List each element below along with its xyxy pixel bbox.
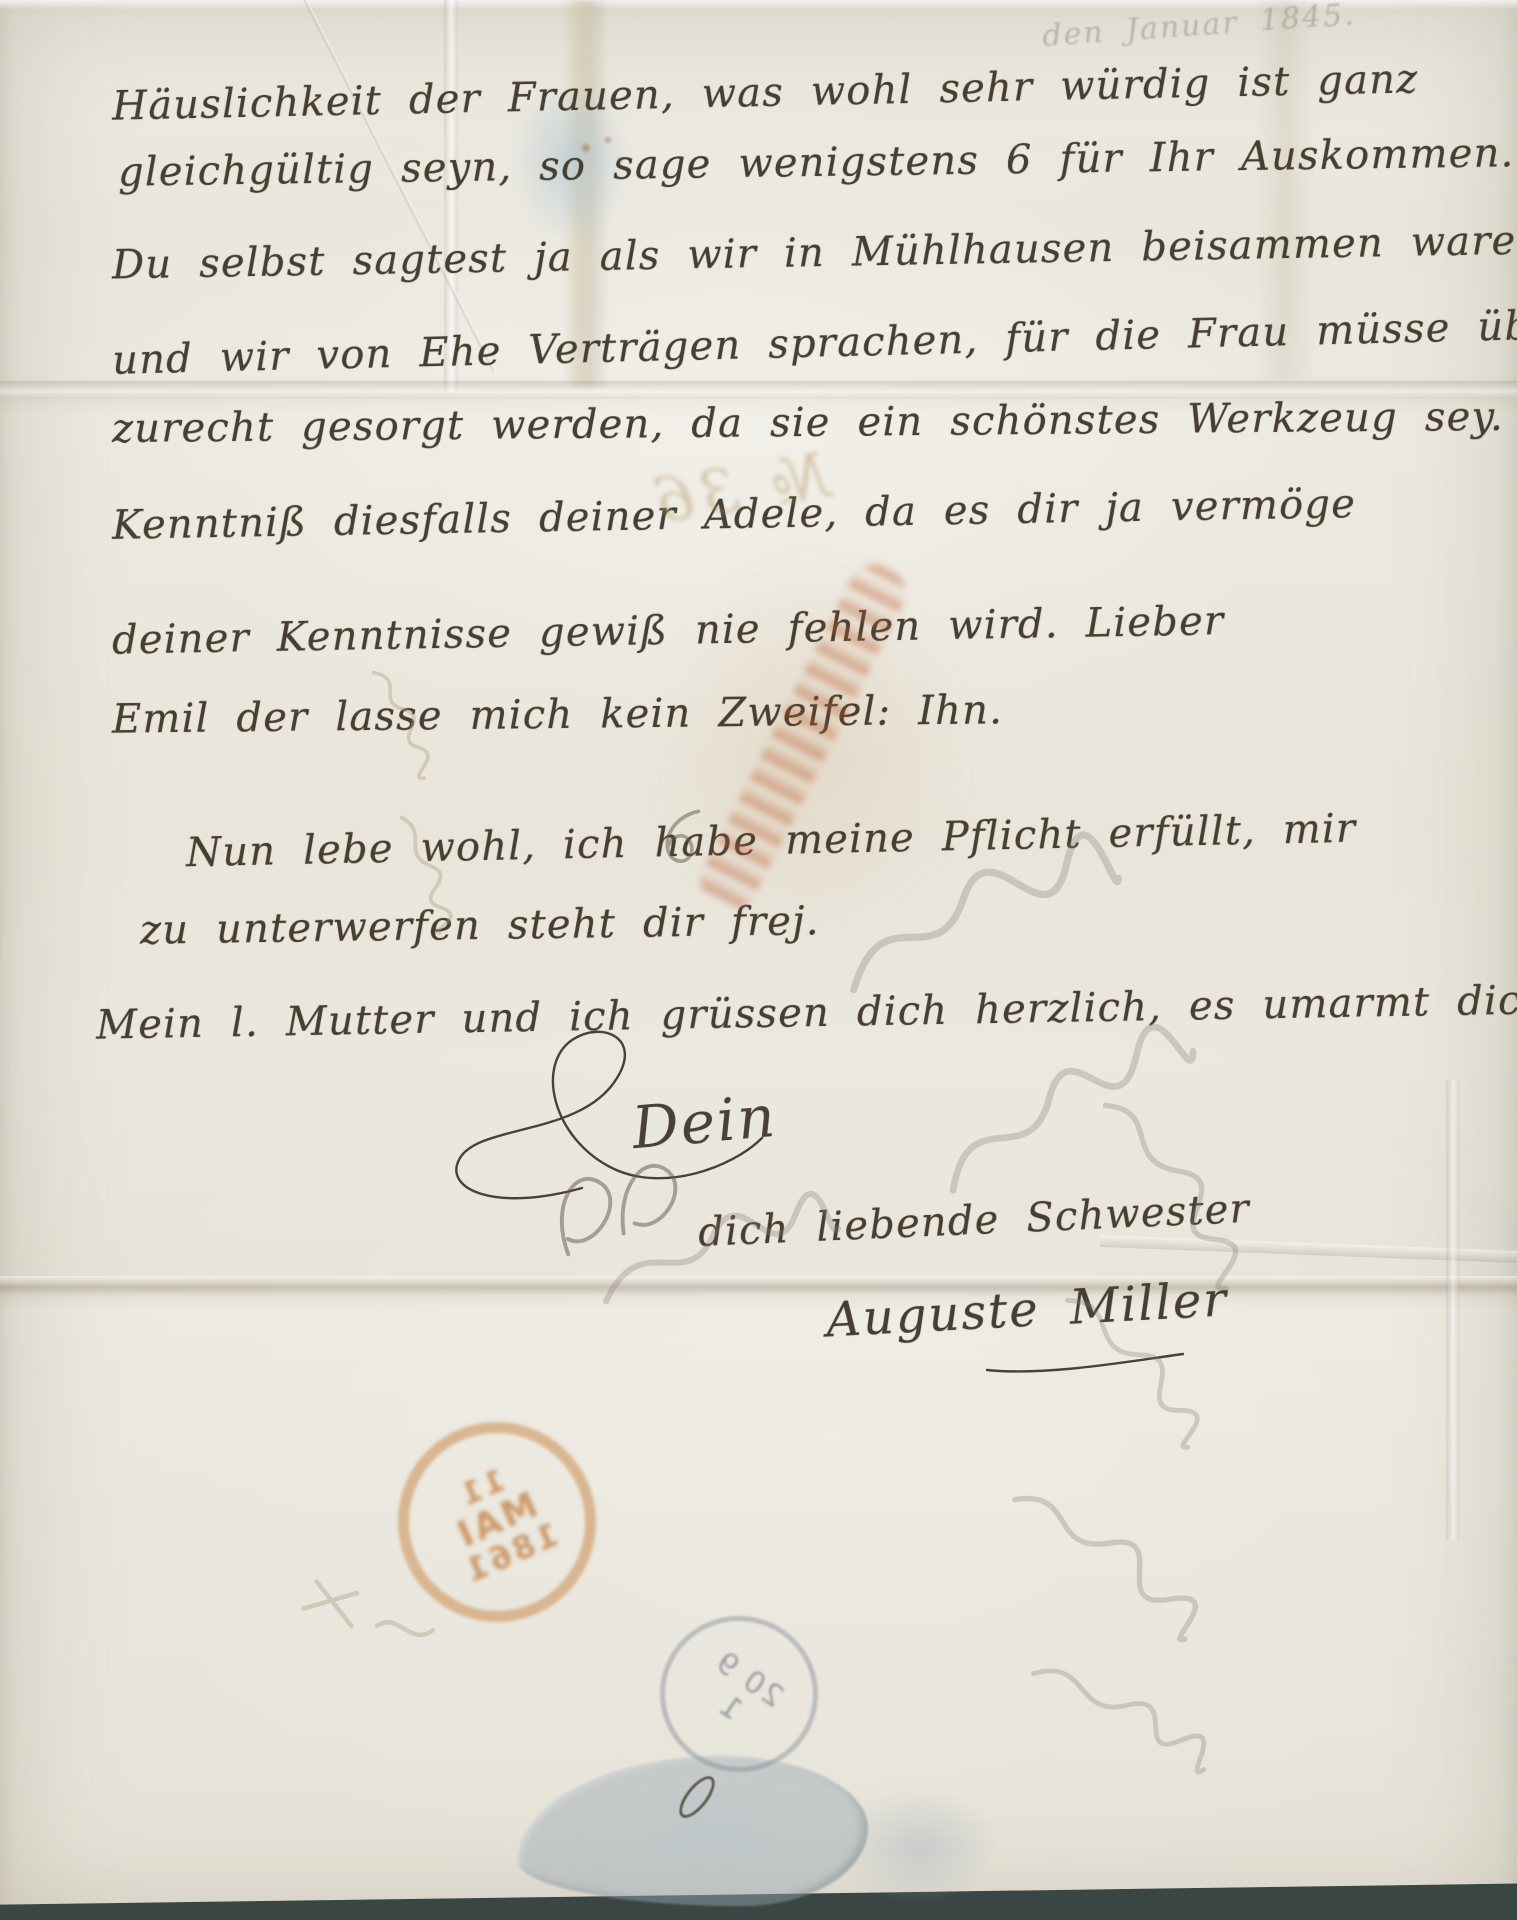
handwriting-line: Emil der lasse mich kein Zweifel: Ihn. [112,687,1003,742]
handwriting-line: zu unterwerfen steht dir frej. [140,898,820,953]
letter-scan: den Januar 1845. Häuslichkeit der Frauen… [0,0,1517,1920]
signature-underline [985,1348,1185,1378]
valediction-text: Dein [629,1082,779,1162]
gray-datestamp-line2: 1 [711,1688,748,1728]
